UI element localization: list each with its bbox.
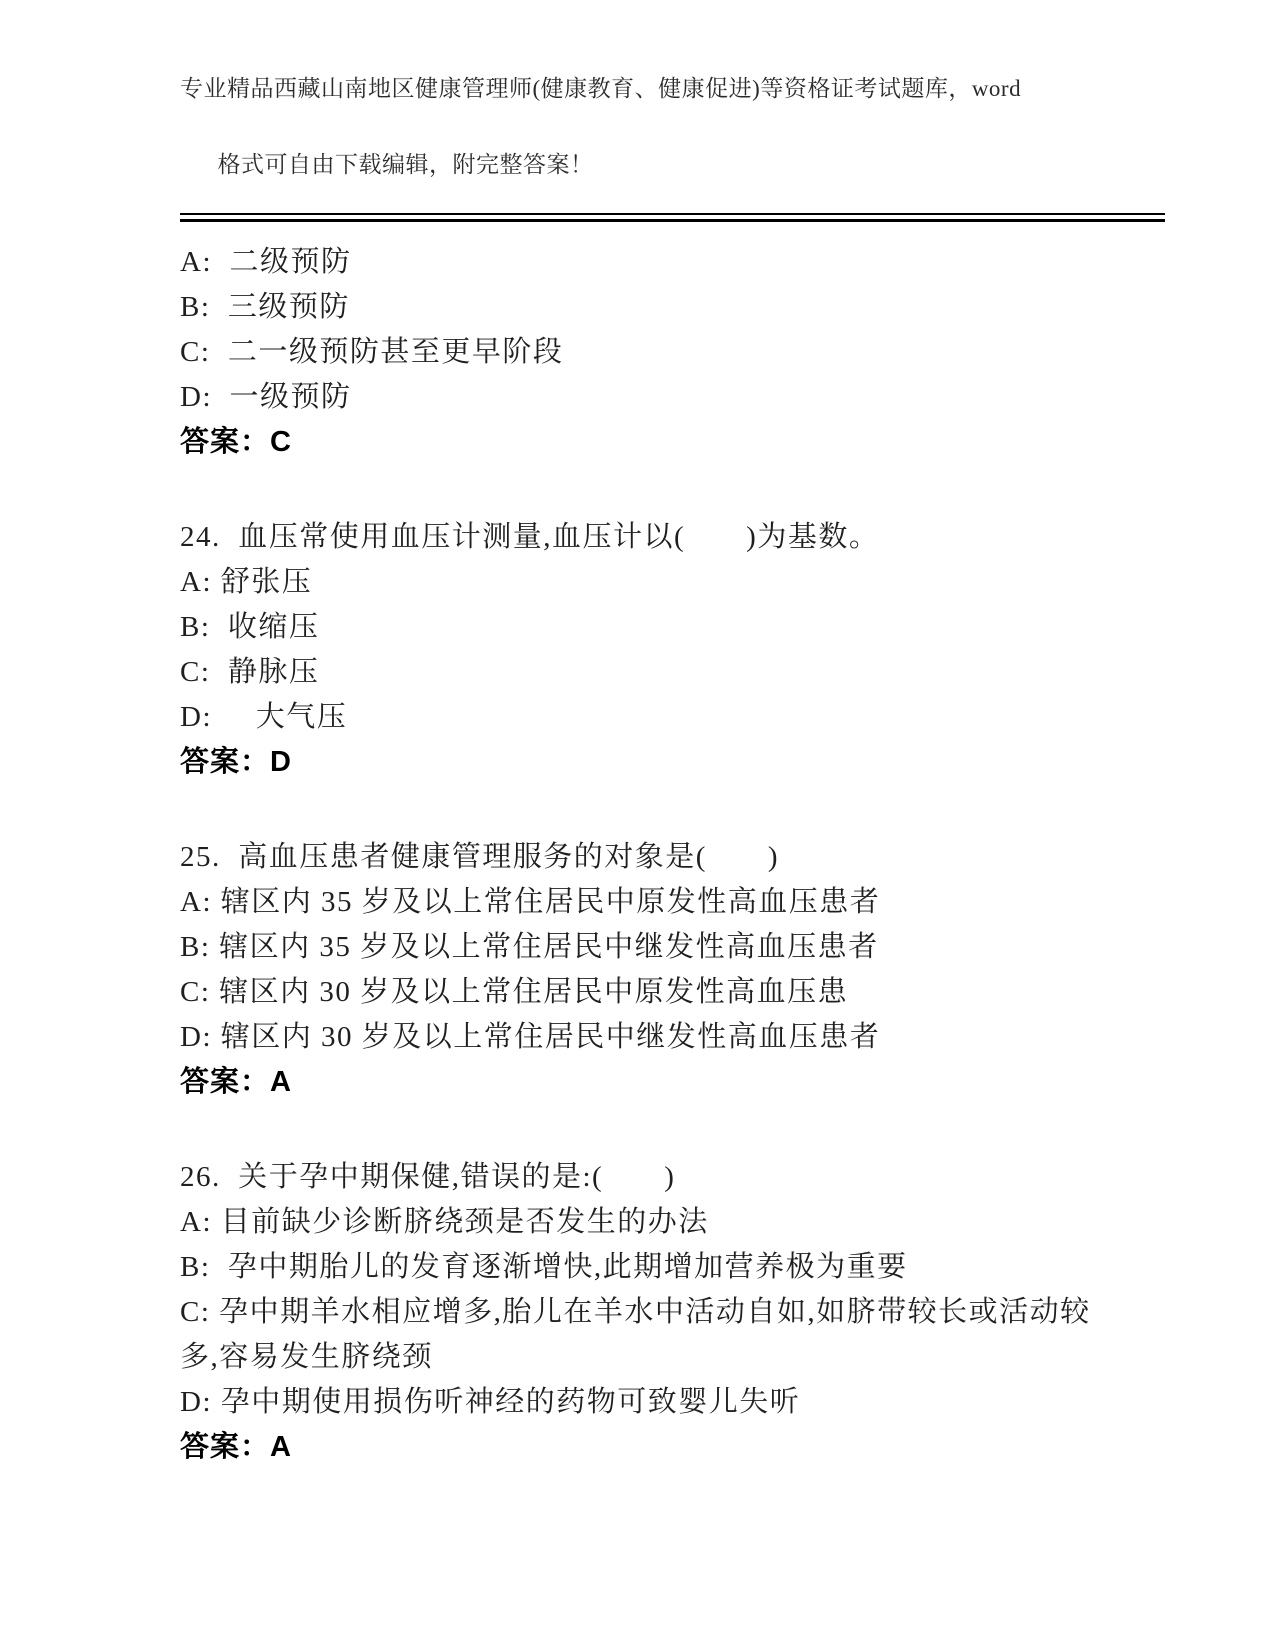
option-line: C: 辖区内 30 岁及以上常住居民中原发性高血压患 <box>180 970 1165 1015</box>
question-stem: 25. 高血压患者健康管理服务的对象是( ) <box>180 835 1165 880</box>
option-line: D: 一级预防 <box>180 375 1165 420</box>
option-line: A: 辖区内 35 岁及以上常住居民中原发性高血压患者 <box>180 880 1165 925</box>
answer-line: 答案：A <box>180 1425 1165 1470</box>
option-line: D: 孕中期使用损伤听神经的药物可致婴儿失听 <box>180 1380 1165 1425</box>
option-line: C: 孕中期羊水相应增多,胎儿在羊水中活动自如,如脐带较长或活动较 <box>180 1290 1165 1335</box>
header-text: 专业精品西藏山南地区健康管理师(健康教育、健康促进)等资格证考试题库，word … <box>180 70 1165 184</box>
question-block-26: 26. 关于孕中期保健,错误的是:( ) A: 目前缺少诊断脐绕颈是否发生的办法… <box>180 1155 1165 1470</box>
option-line: C: 二一级预防甚至更早阶段 <box>180 330 1165 375</box>
question-block-23: A: 二级预防 B: 三级预防 C: 二一级预防甚至更早阶段 D: 一级预防 答… <box>180 240 1165 465</box>
option-line: B: 孕中期胎儿的发育逐渐增快,此期增加营养极为重要 <box>180 1245 1165 1290</box>
question-stem: 24. 血压常使用血压计测量,血压计以( )为基数。 <box>180 515 1165 560</box>
option-line: B: 收缩压 <box>180 605 1165 650</box>
option-line: C: 静脉压 <box>180 650 1165 695</box>
answer-line: 答案：D <box>180 740 1165 785</box>
option-line: A: 目前缺少诊断脐绕颈是否发生的办法 <box>180 1200 1165 1245</box>
question-stem: 26. 关于孕中期保健,错误的是:( ) <box>180 1155 1165 1200</box>
option-line-continuation: 多,容易发生脐绕颈 <box>180 1335 1165 1380</box>
option-line: D: 大气压 <box>180 695 1165 740</box>
document-page: 专业精品西藏山南地区健康管理师(健康教育、健康促进)等资格证考试题库，word … <box>0 0 1275 1650</box>
answer-line: 答案：A <box>180 1060 1165 1105</box>
header-line-1: 专业精品西藏山南地区健康管理师(健康教育、健康促进)等资格证考试题库，word <box>180 76 1021 101</box>
header-divider-rule <box>180 213 1165 222</box>
option-line: B: 三级预防 <box>180 285 1165 330</box>
answer-line: 答案：C <box>180 420 1165 465</box>
page-content: 专业精品西藏山南地区健康管理师(健康教育、健康促进)等资格证考试题库，word … <box>180 0 1165 1470</box>
option-line: D: 辖区内 30 岁及以上常住居民中继发性高血压患者 <box>180 1015 1165 1060</box>
question-block-25: 25. 高血压患者健康管理服务的对象是( ) A: 辖区内 35 岁及以上常住居… <box>180 835 1165 1105</box>
question-block-24: 24. 血压常使用血压计测量,血压计以( )为基数。 A: 舒张压 B: 收缩压… <box>180 515 1165 785</box>
header-line-2: 格式可自由下载编辑，附完整答案！ <box>218 152 594 177</box>
option-line: A: 二级预防 <box>180 240 1165 285</box>
option-line: B: 辖区内 35 岁及以上常住居民中继发性高血压患者 <box>180 925 1165 970</box>
page-header: 专业精品西藏山南地区健康管理师(健康教育、健康促进)等资格证考试题库，word … <box>180 70 1165 184</box>
option-line: A: 舒张压 <box>180 560 1165 605</box>
